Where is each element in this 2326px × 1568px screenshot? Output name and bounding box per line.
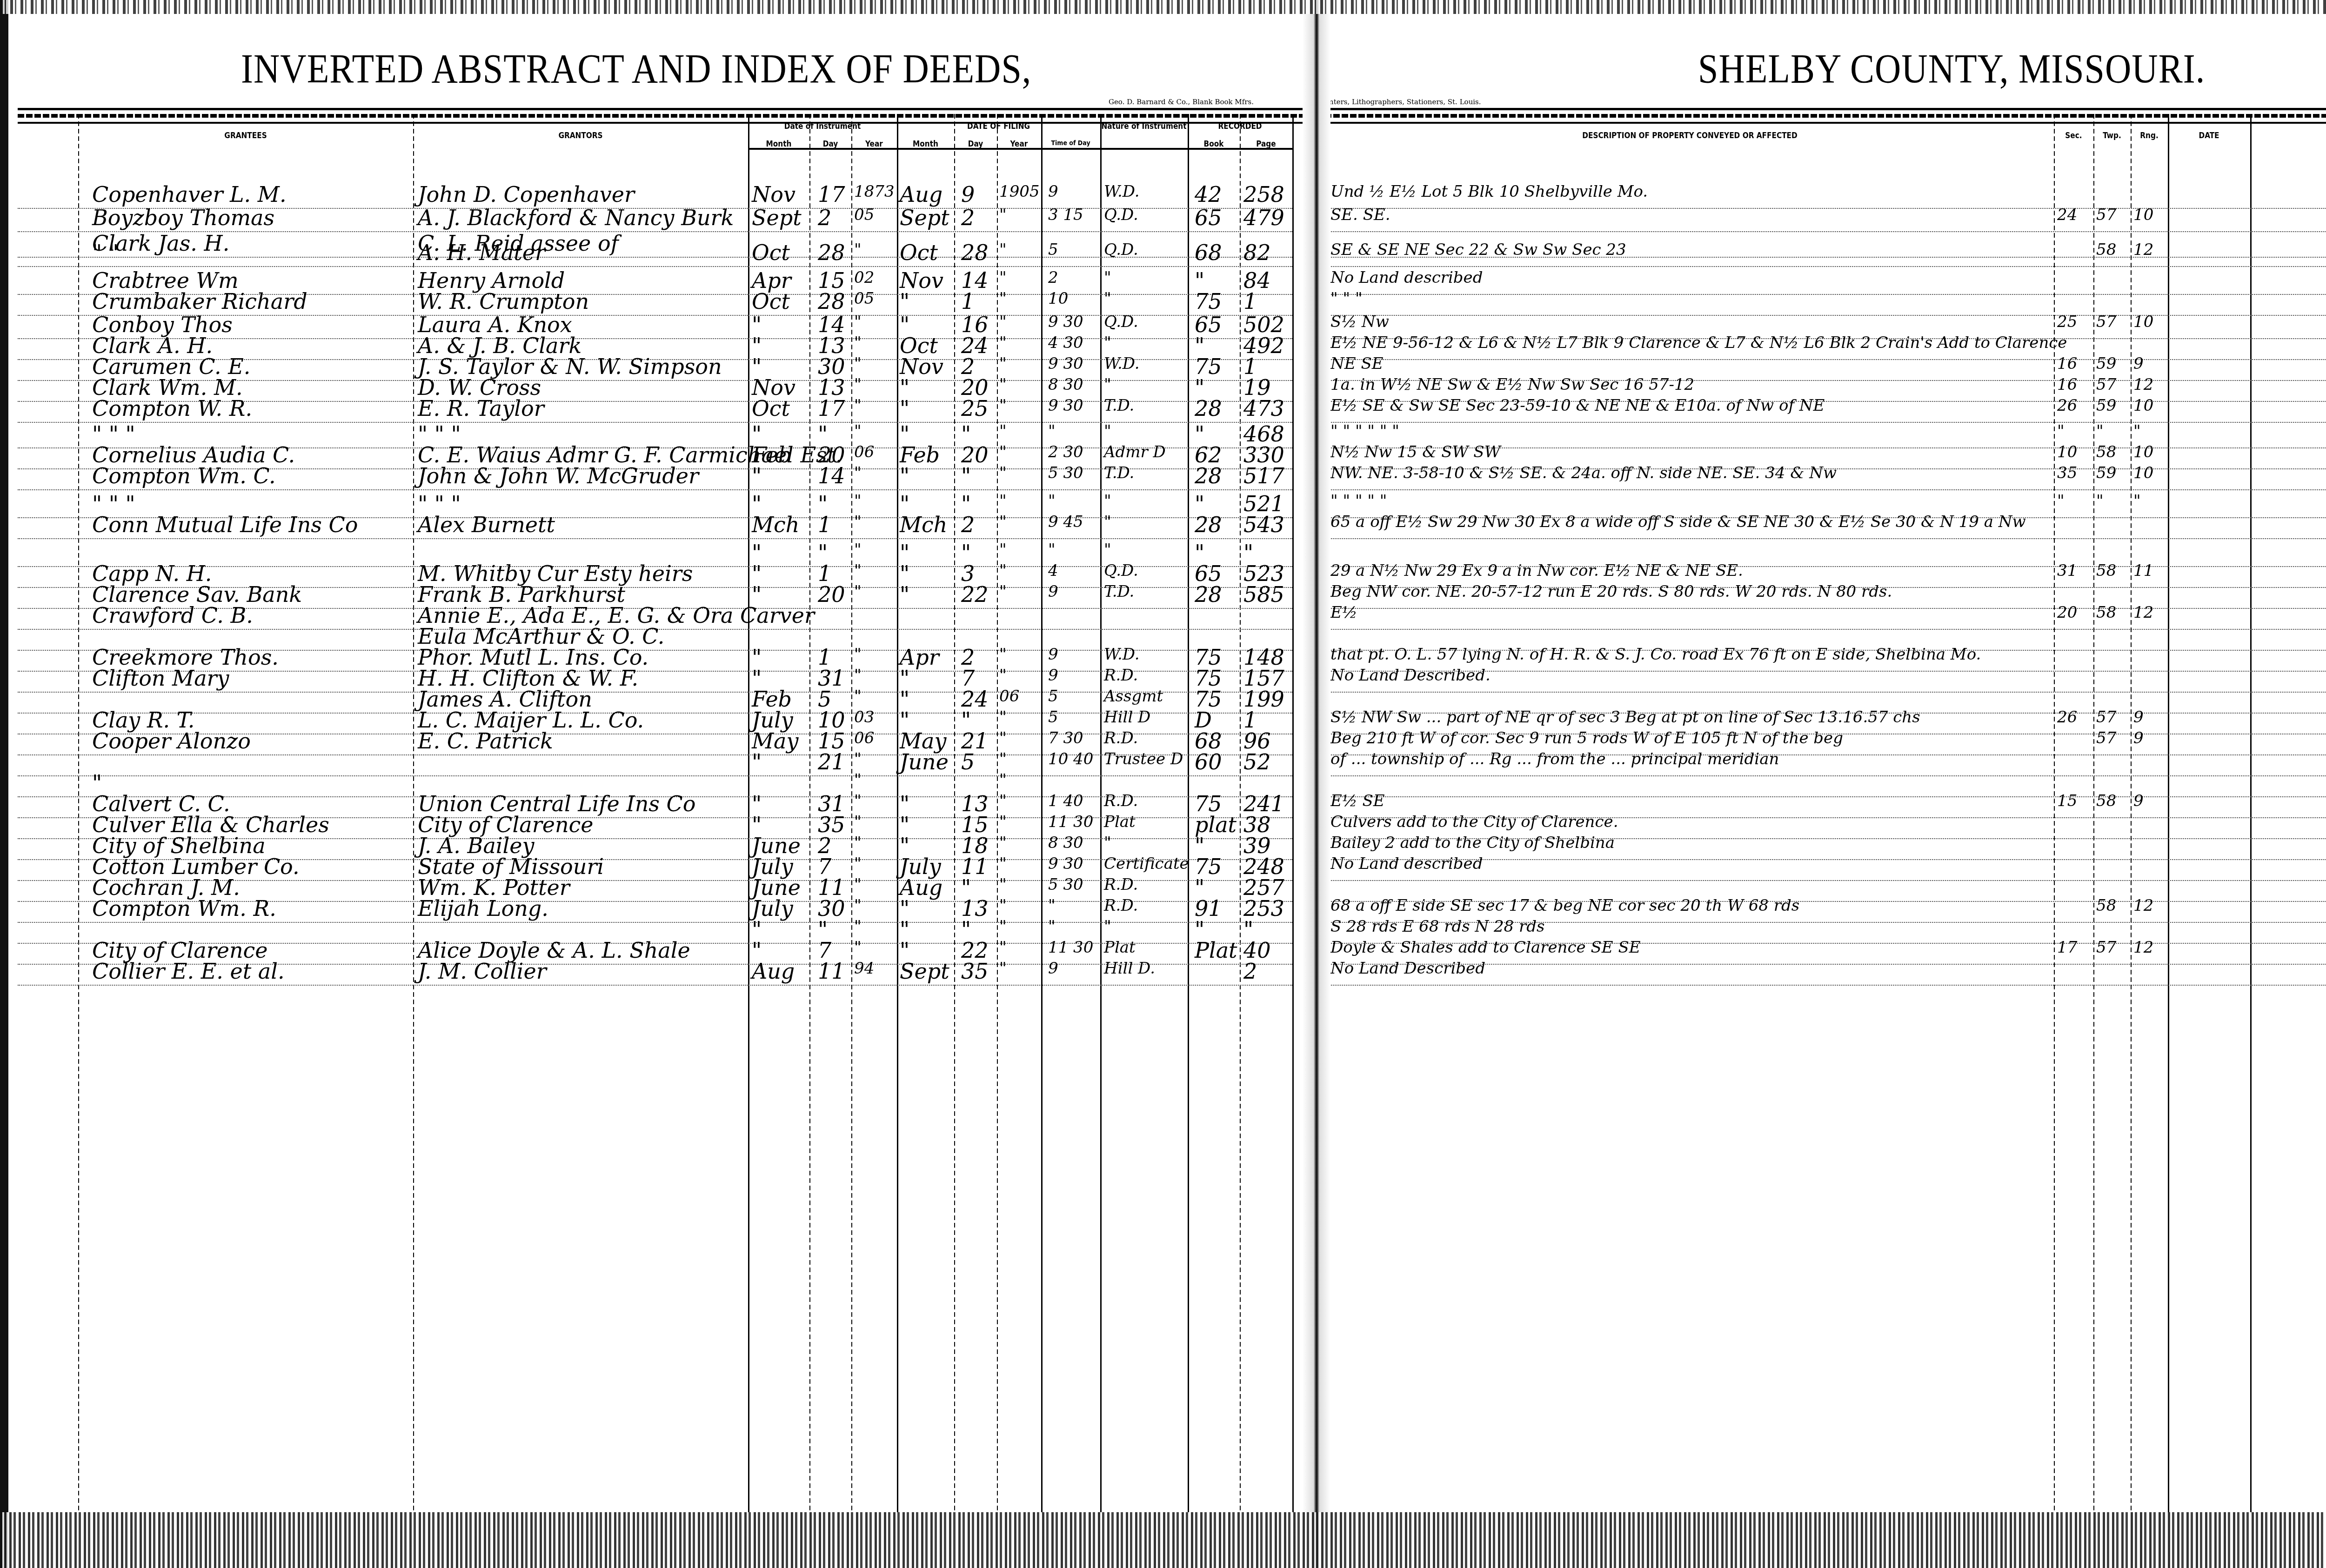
header-inst-year: Year — [851, 140, 897, 149]
inst-year-cell: " — [854, 563, 862, 579]
inst-month-cell: May — [752, 730, 799, 752]
time-of-day-cell: " — [1048, 423, 1056, 439]
nature-cell: " — [1104, 835, 1111, 851]
inst-month-cell: " — [752, 940, 762, 961]
column-divider — [1188, 114, 1189, 1512]
filing-year-cell: " — [999, 919, 1007, 934]
filing-year-cell: " — [999, 493, 1007, 509]
filing-day-cell: 11 — [961, 856, 989, 877]
filing-month-cell: " — [900, 835, 909, 856]
page-cell: 1 — [1243, 291, 1257, 312]
page-cell: 330 — [1243, 444, 1284, 466]
row-rule — [18, 985, 1292, 986]
rng-cell: 10 — [2133, 207, 2153, 223]
grantor-cell: Wm. K. Potter — [418, 877, 570, 898]
inst-day-cell: 13 — [818, 377, 845, 398]
time-of-day-cell: 5 30 — [1048, 465, 1083, 481]
grantor-cell: Elijah Long. — [418, 898, 548, 919]
rng-cell: 9 — [2133, 709, 2144, 725]
filing-month-cell: " — [900, 814, 909, 835]
time-of-day-cell: 9 — [1048, 647, 1058, 662]
grantee-cell: Cornelius Audia C. — [92, 444, 295, 466]
nature-cell: Plat — [1104, 940, 1136, 955]
filing-day-cell: 18 — [961, 835, 989, 856]
header-to-whom-sent: TO WHOM SENT — [2250, 131, 2326, 140]
inst-year-cell: 05 — [854, 291, 874, 307]
row-rule — [18, 922, 1292, 923]
filing-month-cell: Aug — [900, 877, 942, 898]
grantor-cell: John D. Copenhaver — [418, 184, 635, 205]
grantor-cell: John & John W. McGruder — [418, 465, 699, 487]
inst-year-cell: " — [854, 856, 862, 872]
filing-month-cell: " — [900, 919, 909, 940]
scan-edge-bottom — [0, 1512, 2326, 1568]
sec-cell: 25 — [2057, 314, 2077, 330]
rng-cell: 12 — [2133, 898, 2153, 914]
twp-cell: 59 — [2096, 398, 2116, 414]
description-cell: E½ NE 9-56-12 & L6 & N½ L7 Blk 9 Clarenc… — [1330, 335, 2067, 351]
row-rule — [1326, 266, 2326, 267]
row-rule — [18, 489, 1292, 490]
grantor-cell: J. A. Bailey — [418, 835, 534, 856]
rng-cell: 10 — [2133, 398, 2153, 414]
inst-year-cell: " — [854, 772, 862, 788]
time-of-day-cell: 9 — [1048, 184, 1058, 200]
inst-day-cell: 11 — [818, 961, 845, 982]
inst-month-cell: Feb — [752, 688, 792, 710]
book-cell: 62 — [1195, 444, 1222, 466]
filing-day-cell: 28 — [961, 242, 989, 263]
inst-month-cell: Oct — [752, 242, 790, 263]
inst-day-cell: 10 — [818, 709, 845, 731]
inst-year-cell: " — [854, 584, 862, 600]
description-cell: S½ NW Sw ... part of NE qr of sec 3 Beg … — [1330, 709, 1920, 725]
nature-cell: R.D. — [1104, 877, 1138, 893]
inst-year-cell: 06 — [854, 730, 874, 746]
filing-day-cell: 3 — [961, 563, 975, 584]
inst-month-cell: Nov — [752, 184, 795, 205]
filing-day-cell: 5 — [961, 751, 975, 773]
time-of-day-cell: " — [1048, 493, 1056, 509]
filing-day-cell: 2 — [961, 514, 975, 535]
inst-day-cell: 7 — [818, 856, 831, 877]
inst-month-cell: Aug — [752, 961, 795, 982]
sec-cell: " — [2057, 423, 2065, 439]
inst-year-cell: 1873 — [854, 184, 895, 200]
filing-day-cell: " — [961, 542, 971, 563]
grantee-cell: Cotton Lumber Co. — [92, 856, 300, 877]
row-rule — [1326, 422, 2326, 423]
grantor-cell: State of Missouri — [418, 856, 604, 877]
inst-day-cell: 2 — [818, 835, 831, 856]
sec-cell: 31 — [2057, 563, 2077, 579]
inst-day-cell: 14 — [818, 314, 845, 335]
column-divider — [748, 114, 749, 1512]
grantee-cell: " " " — [92, 493, 135, 514]
twp-cell: " — [2096, 493, 2104, 509]
page-cell: 19 — [1243, 377, 1271, 398]
filing-year-cell: " — [999, 465, 1007, 481]
nature-cell: W.D. — [1104, 647, 1140, 662]
filing-year-cell: " — [999, 423, 1007, 439]
inst-year-cell: " — [854, 398, 862, 414]
nature-cell: " — [1104, 291, 1111, 307]
row-rule — [1326, 231, 2326, 232]
filing-month-cell: Aug — [900, 184, 942, 205]
rng-cell: 12 — [2133, 377, 2153, 393]
grantor-cell: Henry Arnold — [418, 270, 565, 291]
rng-cell: 10 — [2133, 465, 2153, 481]
filing-year-cell: " — [999, 772, 1007, 788]
inst-day-cell: 28 — [818, 291, 845, 312]
grantee-cell: Clay R. T. — [92, 709, 194, 731]
filing-month-cell: " — [900, 563, 909, 584]
page-cell: 199 — [1243, 688, 1284, 710]
inst-day-cell: 1 — [818, 647, 831, 668]
row-rule — [18, 422, 1292, 423]
filing-year-cell: " — [999, 667, 1007, 683]
description-cell: Culvers add to the City of Clarence. — [1330, 814, 1618, 830]
filing-month-cell: " — [900, 398, 909, 419]
inst-year-cell: " — [854, 377, 862, 393]
filing-month-cell: " — [900, 542, 909, 563]
book-cell: D — [1195, 709, 1212, 731]
header-filing-month: Month — [897, 140, 954, 149]
filing-month-cell: " — [900, 940, 909, 961]
nature-cell: " — [1104, 335, 1111, 351]
filing-year-cell: " — [999, 270, 1007, 286]
filing-year-cell: " — [999, 291, 1007, 307]
inst-month-cell: " — [752, 314, 762, 335]
filing-day-cell: 13 — [961, 793, 989, 814]
nature-cell: Certificate — [1104, 856, 1189, 872]
grantor-cell: " " " — [418, 423, 461, 445]
description-cell: 68 a off E side SE sec 17 & beg NE cor s… — [1330, 898, 1799, 914]
inst-day-cell: 17 — [818, 398, 845, 419]
inst-month-cell: " — [752, 793, 762, 814]
sec-cell: 26 — [2057, 709, 2077, 725]
page-cell: 468 — [1243, 423, 1284, 445]
grantor-cell: E. C. Patrick — [418, 730, 553, 752]
filing-day-cell: 22 — [961, 940, 989, 961]
row-rule — [1326, 538, 2326, 539]
row-rule — [1326, 294, 2326, 295]
time-of-day-cell: 7 30 — [1048, 730, 1083, 746]
filing-year-cell: " — [999, 542, 1007, 558]
grantee-cell: Crumbaker Richard — [92, 291, 307, 312]
sec-cell: 15 — [2057, 793, 2077, 809]
grantee-cell: City of Shelbina — [92, 835, 266, 856]
grantee-cell: Capp N. H. — [92, 563, 212, 584]
grantee-cell: Compton Wm. C. — [92, 465, 276, 487]
filing-month-cell: Sept — [900, 961, 949, 982]
inst-year-cell: " — [854, 898, 862, 914]
header-date: DATE — [2168, 131, 2250, 140]
column-divider — [2054, 114, 2055, 1512]
grantor-cell: Eula McArthur & O. C. — [418, 626, 664, 647]
page-cell: 39 — [1243, 835, 1271, 856]
row-rule — [1326, 315, 2326, 316]
header-description: DESCRIPTION OF PROPERTY CONVEYED OR AFFE… — [1326, 131, 2054, 140]
page-cell: 521 — [1243, 493, 1284, 514]
rng-cell: 9 — [2133, 793, 2144, 809]
inst-year-cell: 06 — [854, 444, 874, 460]
inst-month-cell: July — [752, 856, 793, 877]
inst-day-cell: 35 — [818, 814, 845, 835]
grantor-cell: D. W. Cross — [418, 377, 541, 398]
filing-year-cell: " — [999, 940, 1007, 955]
row-rule — [1326, 359, 2326, 360]
nature-cell: Q.D. — [1104, 314, 1138, 330]
sec-cell: 16 — [2057, 377, 2077, 393]
header-twp: Twp. — [2093, 131, 2131, 140]
row-rule — [18, 266, 1292, 267]
nature-cell: T.D. — [1104, 398, 1134, 414]
book-cell: " — [1195, 493, 1204, 514]
header-rng: Rng. — [2131, 131, 2168, 140]
twp-cell: 58 — [2096, 242, 2116, 258]
time-of-day-cell: 5 — [1048, 709, 1058, 725]
row-rule — [18, 754, 1292, 755]
page-cell: 248 — [1243, 856, 1284, 877]
rng-cell: 10 — [2133, 314, 2153, 330]
time-of-day-cell: 4 30 — [1048, 335, 1083, 351]
inst-month-cell: " — [752, 751, 762, 773]
time-of-day-cell: 11 30 — [1048, 814, 1093, 830]
right-ledger-page: SHELBY COUNTY, MISSOURI. Printers, Litho… — [1317, 0, 2326, 1568]
inst-year-cell: 94 — [854, 961, 874, 976]
inst-month-cell: " — [752, 542, 762, 563]
grantee-cell: " — [92, 772, 102, 794]
page-cell: 253 — [1243, 898, 1284, 919]
row-rule — [1326, 775, 2326, 776]
column-divider — [413, 114, 414, 1512]
row-rule — [18, 713, 1292, 714]
filing-day-cell: 15 — [961, 814, 989, 835]
grantor-cell: Laura A. Knox — [418, 314, 572, 335]
column-divider — [2131, 114, 2132, 1512]
grantee-cell: Clark Wm. M. — [92, 377, 243, 398]
filing-day-cell: 24 — [961, 335, 989, 356]
column-divider — [2093, 114, 2094, 1512]
description-cell: N½ Nw 15 & SW SW — [1330, 444, 1501, 460]
time-of-day-cell: 9 30 — [1048, 398, 1083, 414]
inst-month-cell: " — [752, 814, 762, 835]
book-cell: 75 — [1195, 856, 1222, 877]
nature-cell: R.D. — [1104, 667, 1138, 683]
header-rule-bottom — [1317, 122, 2326, 124]
inst-day-cell: 7 — [818, 940, 831, 961]
grantor-cell: J. S. Taylor & N. W. Simpson — [418, 356, 722, 377]
row-rule — [18, 775, 1292, 776]
filing-day-cell: " — [961, 465, 971, 487]
grantor-cell: J. M. Collier — [418, 961, 547, 982]
filing-year-cell: " — [999, 584, 1007, 600]
filing-day-cell: 2 — [961, 356, 975, 377]
filing-day-cell: 9 — [961, 184, 975, 205]
nature-cell: Hill D. — [1104, 961, 1155, 976]
page-cell: 82 — [1243, 242, 1271, 263]
page-cell: 40 — [1243, 940, 1271, 961]
inst-month-cell: Nov — [752, 377, 795, 398]
time-of-day-cell: " — [1048, 542, 1056, 558]
page-cell: 543 — [1243, 514, 1284, 535]
filing-month-cell: " — [900, 584, 909, 605]
grantor-cell: Alice Doyle & A. L. Shale — [418, 940, 690, 961]
filing-year-cell: " — [999, 514, 1007, 530]
page-cell: 52 — [1243, 751, 1271, 773]
book-cell: 65 — [1195, 207, 1222, 228]
nature-cell: Trustee D — [1104, 751, 1183, 767]
twp-cell: 59 — [2096, 465, 2116, 481]
column-divider — [78, 114, 79, 1512]
inst-year-cell: " — [854, 423, 862, 439]
filing-year-cell: " — [999, 444, 1007, 460]
nature-cell: " — [1104, 542, 1111, 558]
description-cell: " " " " " — [1330, 493, 1387, 509]
filing-year-cell: " — [999, 709, 1007, 725]
inst-day-cell: 13 — [818, 335, 845, 356]
description-cell: No Land Described. — [1330, 667, 1491, 683]
page-cell: 241 — [1243, 793, 1284, 814]
row-rule — [1326, 629, 2326, 630]
nature-cell: R.D. — [1104, 730, 1138, 746]
inst-day-cell: 17 — [818, 184, 845, 205]
book-cell: " — [1195, 542, 1204, 563]
book-cell: 28 — [1195, 584, 1222, 605]
grantee-cell: Clark A. H. — [92, 335, 213, 356]
inst-month-cell: July — [752, 898, 793, 919]
time-of-day-cell: 9 45 — [1048, 514, 1083, 530]
page-cell: 502 — [1243, 314, 1284, 335]
filing-month-cell: " — [900, 465, 909, 487]
inst-day-cell: 2 — [818, 207, 831, 228]
grantee-cell: " " " — [92, 423, 135, 445]
grantor-cell: E. R. Taylor — [418, 398, 544, 419]
description-cell: NW. NE. 3-58-10 & S½ SE. & 24a. off N. s… — [1330, 465, 1837, 481]
inst-month-cell: " — [752, 647, 762, 668]
grantee-cell: Cochran J. M. — [92, 877, 240, 898]
filing-month-cell: Nov — [900, 356, 943, 377]
page-cell: 473 — [1243, 398, 1284, 419]
filing-day-cell: 35 — [961, 961, 989, 982]
time-of-day-cell: 9 — [1048, 584, 1058, 600]
filing-month-cell: " — [900, 667, 909, 689]
description-cell: S 28 rds E 68 rds N 28 rds — [1330, 919, 1545, 934]
description-cell: " " " — [1330, 291, 1363, 307]
nature-cell: T.D. — [1104, 584, 1134, 600]
page-cell: 492 — [1243, 335, 1284, 356]
header-date-of-instrument: Date of Instrument — [748, 122, 897, 131]
time-of-day-cell: 9 — [1048, 961, 1058, 976]
filing-year-cell: " — [999, 877, 1007, 893]
filing-year-cell: " — [999, 242, 1007, 258]
grantor-cell: A. J. Blackford & Nancy Burk — [418, 207, 734, 228]
rng-cell: " — [2133, 493, 2141, 509]
grantee-cell: " " — [92, 242, 119, 263]
book-cell: 28 — [1195, 465, 1222, 487]
time-of-day-cell: 9 — [1048, 667, 1058, 683]
inst-month-cell: " — [752, 563, 762, 584]
filing-month-cell: Nov — [900, 270, 943, 291]
filing-day-cell: 24 — [961, 688, 989, 710]
time-of-day-cell: " — [1048, 919, 1056, 934]
sec-cell: 17 — [2057, 940, 2077, 955]
page-cell: 2 — [1243, 961, 1257, 982]
nature-cell: Q.D. — [1104, 242, 1138, 258]
twp-cell: 57 — [2096, 314, 2116, 330]
filing-month-cell: June — [900, 751, 949, 773]
rng-cell: 12 — [2133, 940, 2153, 955]
header-grantors: GRANTORS — [413, 131, 748, 140]
nature-cell: Q.D. — [1104, 207, 1138, 223]
twp-cell: 58 — [2096, 563, 2116, 579]
filing-day-cell: " — [961, 493, 971, 514]
inst-year-cell: " — [854, 835, 862, 851]
publisher-imprint: Geo. D. Barnard & Co., Blank Book Mfrs. — [1109, 98, 1254, 106]
filing-day-cell: 14 — [961, 270, 989, 291]
inst-year-cell: " — [854, 493, 862, 509]
filing-month-cell: " — [900, 493, 909, 514]
scan-edge-top — [0, 0, 2326, 14]
filing-day-cell: 21 — [961, 730, 989, 752]
description-cell: Doyle & Shales add to Clarence SE SE — [1330, 940, 1641, 955]
inst-year-cell: " — [854, 314, 862, 330]
inst-day-cell: 21 — [818, 751, 845, 773]
page-cell: 517 — [1243, 465, 1284, 487]
twp-cell: 57 — [2096, 207, 2116, 223]
inst-month-cell: Apr — [752, 270, 791, 291]
inst-year-cell: " — [854, 688, 862, 704]
page-cell: 258 — [1243, 184, 1284, 205]
inst-day-cell: " — [818, 919, 828, 940]
grantor-cell: A. H. Mater — [418, 242, 545, 263]
filing-year-cell: " — [999, 335, 1007, 351]
grantee-cell: Conn Mutual Life Ins Co — [92, 514, 358, 535]
time-of-day-cell: 4 — [1048, 563, 1058, 579]
inst-day-cell: 20 — [818, 444, 845, 466]
description-cell: No Land described — [1330, 270, 1483, 286]
inst-day-cell: 30 — [818, 356, 845, 377]
rng-cell: " — [2133, 423, 2141, 439]
filing-month-cell: " — [900, 688, 909, 710]
column-divider — [1100, 114, 1102, 1512]
rng-cell: 12 — [2133, 242, 2153, 258]
nature-cell: T.D. — [1104, 465, 1134, 481]
book-spine — [1303, 0, 1330, 1568]
nature-cell: Assgmt — [1104, 688, 1163, 704]
filing-month-cell: Oct — [900, 335, 938, 356]
inst-year-cell: " — [854, 647, 862, 662]
printer-imprint: Printers, Lithographers, Stationers, St.… — [1319, 98, 1481, 106]
description-cell: E½ SE & Sw SE Sec 23-59-10 & NE NE & E10… — [1330, 398, 1825, 414]
filing-day-cell: 16 — [961, 314, 989, 335]
filing-day-cell: 22 — [961, 584, 989, 605]
page-cell: 257 — [1243, 877, 1284, 898]
page-cell: 479 — [1243, 207, 1284, 228]
column-divider — [897, 114, 898, 1512]
description-cell: No Land Described — [1330, 961, 1485, 976]
grantee-cell: Compton Wm. R. — [92, 898, 276, 919]
grantee-cell: Calvert C. C. — [92, 793, 230, 814]
inst-month-cell: Oct — [752, 291, 790, 312]
filing-year-cell: " — [999, 835, 1007, 851]
book-cell: 65 — [1195, 563, 1222, 584]
sec-cell: 16 — [2057, 356, 2077, 372]
column-divider — [1041, 114, 1043, 1512]
twp-cell: " — [2096, 423, 2104, 439]
filing-month-cell: " — [900, 793, 909, 814]
